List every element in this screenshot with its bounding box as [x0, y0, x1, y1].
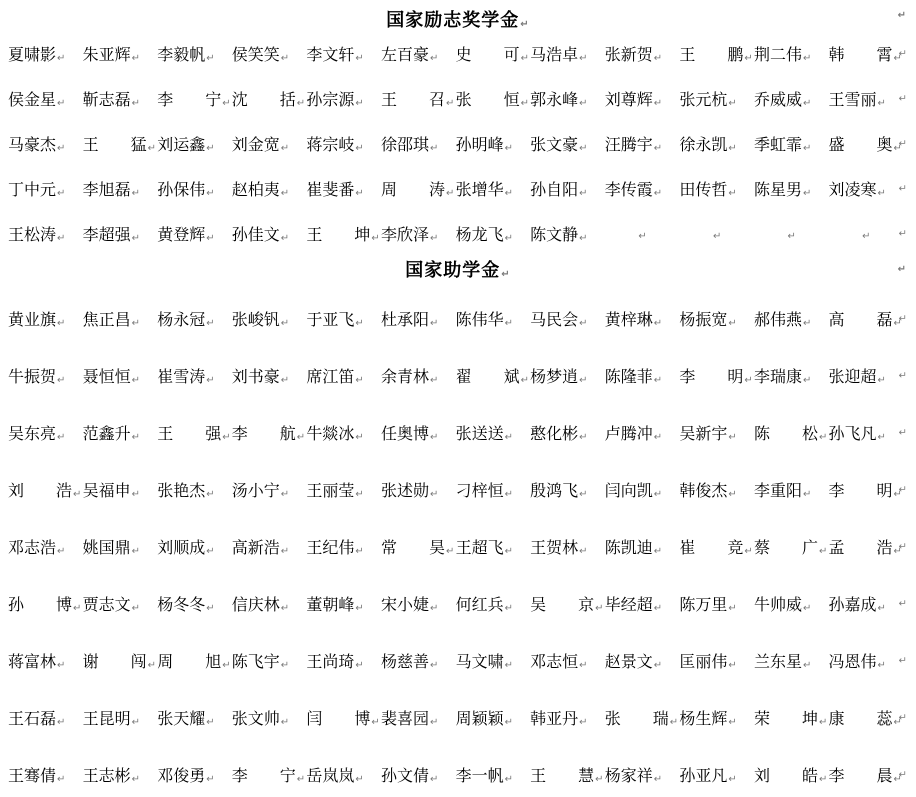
student-name-cell: 陈飞宇↵	[232, 649, 307, 672]
student-name-text: 刘尊辉	[605, 92, 653, 109]
paragraph-mark-icon: ↵	[281, 603, 289, 614]
paragraph-mark-icon: ↵	[728, 318, 736, 329]
paragraph-mark-icon: ↵	[803, 53, 811, 64]
paragraph-mark-icon: ↵	[281, 375, 289, 386]
paragraph-mark-icon: ↵	[355, 318, 363, 329]
student-name-cell: 侯笑笑↵	[232, 42, 307, 65]
paragraph-mark-icon: ↵	[57, 188, 65, 199]
row-end-mark-icon: ↵	[899, 183, 907, 194]
student-name-cell: 兰东星↵	[754, 649, 829, 672]
student-name-cell: 杨振宽↵	[679, 307, 754, 330]
paragraph-mark-icon: ↵	[57, 546, 65, 557]
student-name-cell: 侯金星↵	[8, 87, 83, 110]
paragraph-mark-icon: ↵	[132, 318, 140, 329]
student-name-text: 康 蕊	[829, 711, 893, 728]
student-name-cell: 马浩卓↵	[530, 42, 605, 65]
student-name-cell: 邓志浩↵	[8, 535, 83, 558]
student-name-text: 马民会	[530, 312, 578, 329]
student-name-cell: 何红兵↵	[456, 592, 531, 615]
name-row: 黄业旗↵焦正昌↵杨永冠↵张峻钒↵于亚飞↵杜承阳↵陈伟华↵马民会↵黄梓琳↵杨振宽↵…	[0, 290, 916, 347]
student-name-cell: 张 瑞↵	[605, 706, 680, 729]
student-name-text: 孙佳文	[232, 227, 280, 244]
paragraph-mark-icon: ↵	[297, 98, 305, 109]
paragraph-mark-icon: ↵	[206, 375, 214, 386]
paragraph-mark-icon: ↵	[505, 717, 513, 728]
student-name-text: 杨生辉	[679, 711, 727, 728]
student-name-cell: 李欣泽↵	[381, 222, 456, 245]
student-name-cell: 范鑫升↵	[83, 421, 158, 444]
student-name-cell: 刘 皓↵	[754, 763, 829, 786]
student-name-cell: 杨生辉↵	[679, 706, 754, 729]
paragraph-mark-icon: ↵	[297, 432, 305, 443]
student-name-cell: 裴喜园↵	[381, 706, 456, 729]
paragraph-mark-icon: ↵	[371, 717, 379, 728]
student-name-cell: 卢腾冲↵	[605, 421, 680, 444]
student-name-text: 常 昊	[381, 540, 445, 557]
student-name-text: 孙文倩	[381, 768, 429, 785]
student-name-cell: 陈隆菲↵	[605, 364, 680, 387]
student-name-text: 陈凯迪	[605, 540, 653, 557]
student-name-cell: 黄梓琳↵	[605, 307, 680, 330]
student-name-cell: 李瑞康↵	[754, 364, 829, 387]
student-name-cell: 李 宁↵	[232, 763, 307, 786]
student-name-cell: 刘运鑫↵	[157, 132, 232, 155]
paragraph-mark-icon: ↵	[638, 231, 646, 242]
paragraph-mark-icon: ↵	[744, 546, 752, 557]
paragraph-mark-icon: ↵	[430, 489, 438, 500]
student-name-cell: 陈 松↵	[754, 421, 829, 444]
paragraph-mark-icon: ↵	[654, 603, 662, 614]
student-name-text: 孙明峰	[456, 137, 504, 154]
student-name-cell: 盛 奥↵	[829, 132, 904, 155]
paragraph-mark-icon: ↵	[57, 774, 65, 785]
student-name-text: 季虹霏	[754, 137, 802, 154]
name-row: 夏啸影↵朱亚辉↵李毅帆↵侯笑笑↵李文轩↵左百豪↵史 可↵马浩卓↵张新贺↵王 鹏↵…	[0, 31, 916, 76]
student-name-text: 黄登辉	[157, 227, 205, 244]
paragraph-mark-icon: ↵	[355, 375, 363, 386]
student-name-cell: 季虹霏↵	[754, 132, 829, 155]
student-name-text: 刘书豪	[232, 369, 280, 386]
student-name-cell: 赵景文↵	[605, 649, 680, 672]
paragraph-mark-icon: ↵	[73, 603, 81, 614]
paragraph-mark-icon: ↵	[579, 717, 587, 728]
student-name-text: 周颖颖	[456, 711, 504, 728]
paragraph-mark-icon: ↵	[654, 375, 662, 386]
paragraph-mark-icon: ↵	[430, 318, 438, 329]
student-name-cell: 郝伟燕↵	[754, 307, 829, 330]
name-row: 牛振贺↵聂恒恒↵崔雪涛↵刘书豪↵席江笛↵余青林↵翟 斌↵杨梦逍↵陈隆菲↵李 明↵…	[0, 347, 916, 404]
student-name-text: 崔斐番	[306, 182, 354, 199]
paragraph-mark-icon: ↵	[579, 432, 587, 443]
paragraph-mark-icon: ↵	[654, 318, 662, 329]
student-name-text: 史 可	[456, 47, 520, 64]
student-name-cell: 崔斐番↵	[306, 177, 381, 200]
student-name-cell: 王超飞↵	[456, 535, 531, 558]
student-name-text: 闫 博	[306, 711, 370, 728]
student-name-text: 夏啸影	[8, 47, 56, 64]
student-name-cell: 韩亚丹↵	[530, 706, 605, 729]
student-name-text: 翟 斌	[456, 369, 520, 386]
student-name-cell: 孙文倩↵	[381, 763, 456, 786]
row-end-mark-icon: ↵	[899, 484, 907, 495]
student-name-text: 王松涛	[8, 227, 56, 244]
paragraph-mark-icon: ↵	[355, 53, 363, 64]
student-name-text: 蒋宗岐	[306, 137, 354, 154]
student-name-cell: 杨梦逍↵	[530, 364, 605, 387]
paragraph-mark-icon: ↵	[206, 603, 214, 614]
paragraph-mark-icon: ↵	[803, 143, 811, 154]
student-name-cell: 汪腾宇↵	[605, 132, 680, 155]
student-name-cell: 孙亚凡↵	[679, 763, 754, 786]
student-name-cell: 高新浩↵	[232, 535, 307, 558]
student-name-text: 田传哲	[679, 182, 727, 199]
paragraph-mark-icon: ↵	[57, 660, 65, 671]
student-name-text: 赵景文	[605, 654, 653, 671]
student-name-cell: 张新贺↵	[605, 42, 680, 65]
paragraph-mark-icon: ↵	[744, 375, 752, 386]
student-name-cell: 朱亚辉↵	[83, 42, 158, 65]
paragraph-mark-icon: ↵	[579, 660, 587, 671]
student-name-cell: 孙明峰↵	[456, 132, 531, 155]
student-name-text: 高新浩	[232, 540, 280, 557]
paragraph-mark-icon: ↵	[446, 546, 454, 557]
student-name-text: 李 明	[679, 369, 743, 386]
student-name-text: 李瑞康	[754, 369, 802, 386]
student-name-cell: 孙嘉成↵	[829, 592, 904, 615]
paragraph-mark-icon: ↵	[654, 774, 662, 785]
student-name-text: 王纪伟	[306, 540, 354, 557]
student-name-text: 孙飞凡	[829, 426, 877, 443]
student-name-text: 吴 京	[530, 597, 594, 614]
student-name-cell: 周颖颖↵	[456, 706, 531, 729]
row-end-mark-icon: ↵	[899, 541, 907, 552]
document-page: 国家励志奖学金↵ ↵ 夏啸影↵朱亚辉↵李毅帆↵侯笑笑↵李文轩↵左百豪↵史 可↵马…	[0, 0, 916, 797]
student-name-text: 侯笑笑	[232, 47, 280, 64]
paragraph-mark-icon: ↵	[505, 489, 513, 500]
student-name-text: 汪腾宇	[605, 137, 653, 154]
student-name-cell: 杨家祥↵	[605, 763, 680, 786]
paragraph-mark-icon: ↵	[132, 53, 140, 64]
student-name-text: 余青林	[381, 369, 429, 386]
student-name-text: 李重阳	[754, 483, 802, 500]
paragraph-mark-icon: ↵	[355, 660, 363, 671]
paragraph-mark-icon: ↵	[654, 53, 662, 64]
student-name-text: 王 慧	[530, 768, 594, 785]
student-name-cell: 董朝峰↵	[306, 592, 381, 615]
empty-cell: ↵	[829, 225, 904, 243]
student-name-text: 朱亚辉	[83, 47, 131, 64]
student-name-cell: 杨冬冬↵	[157, 592, 232, 615]
paragraph-mark-icon: ↵	[430, 603, 438, 614]
row-end-mark-icon: ↵	[899, 655, 907, 666]
row-end-mark-icon: ↵	[898, 5, 907, 27]
student-name-cell: 王尚琦↵	[306, 649, 381, 672]
student-name-cell: 孙 博↵	[8, 592, 83, 615]
paragraph-mark-icon: ↵	[579, 143, 587, 154]
student-name-cell: 常 昊↵	[381, 535, 456, 558]
paragraph-mark-icon: ↵	[579, 98, 587, 109]
paragraph-mark-icon: ↵	[728, 489, 736, 500]
student-name-text: 郭永峰	[530, 92, 578, 109]
paragraph-mark-icon: ↵	[505, 660, 513, 671]
row-end-mark-icon: ↵	[899, 769, 907, 780]
empty-cell: ↵	[754, 225, 829, 243]
student-name-text: 李 宁	[157, 92, 221, 109]
student-name-cell: 王 坤↵	[306, 222, 381, 245]
student-name-text: 李一帆	[456, 768, 504, 785]
student-name-cell: 李旭磊↵	[83, 177, 158, 200]
student-name-cell: 田传哲↵	[679, 177, 754, 200]
student-name-text: 周 涛	[381, 182, 445, 199]
empty-cell: ↵	[605, 225, 680, 243]
paragraph-mark-icon: ↵	[206, 233, 214, 244]
student-name-cell: 张元杭↵	[679, 87, 754, 110]
student-name-cell: 黄登辉↵	[157, 222, 232, 245]
paragraph-mark-icon: ↵	[148, 660, 156, 671]
student-name-text: 王雪丽	[829, 92, 877, 109]
paragraph-mark-icon: ↵	[430, 774, 438, 785]
student-name-text: 裴喜园	[381, 711, 429, 728]
paragraph-mark-icon: ↵	[281, 489, 289, 500]
student-name-text: 邓志浩	[8, 540, 56, 557]
student-name-text: 王 鹏	[679, 47, 743, 64]
paragraph-mark-icon: ↵	[505, 774, 513, 785]
paragraph-mark-icon: ↵	[132, 233, 140, 244]
student-name-text: 杨永冠	[157, 312, 205, 329]
name-row: 王松涛↵李超强↵黄登辉↵孙佳文↵王 坤↵李欣泽↵杨龙飞↵陈文静↵↵↵↵↵↵	[0, 211, 916, 256]
student-name-text: 吴东亮	[8, 426, 56, 443]
paragraph-mark-icon: ↵	[803, 660, 811, 671]
paragraph-mark-icon: ↵	[355, 774, 363, 785]
student-name-cell: 岳岚岚↵	[306, 763, 381, 786]
paragraph-mark-icon: ↵	[281, 53, 289, 64]
student-name-cell: 王丽莹↵	[306, 478, 381, 501]
paragraph-mark-icon: ↵	[132, 188, 140, 199]
student-name-text: 蒋富林	[8, 654, 56, 671]
student-name-text: 董朝峰	[306, 597, 354, 614]
paragraph-mark-icon: ↵	[132, 603, 140, 614]
student-name-cell: 聂恒恒↵	[83, 364, 158, 387]
student-name-cell: 殷鸿飞↵	[530, 478, 605, 501]
paragraph-mark-icon: ↵	[505, 143, 513, 154]
student-name-text: 黄梓琳	[605, 312, 653, 329]
student-name-cell: 李传霞↵	[605, 177, 680, 200]
student-name-cell: 吴福申↵	[83, 478, 158, 501]
student-name-text: 张 瑞	[605, 711, 669, 728]
name-row: 王石磊↵王昆明↵张天耀↵张文帅↵闫 博↵裴喜园↵周颖颖↵韩亚丹↵张 瑞↵杨生辉↵…	[0, 689, 916, 746]
paragraph-mark-icon: ↵	[521, 375, 529, 386]
student-name-text: 刘运鑫	[157, 137, 205, 154]
paragraph-mark-icon: ↵	[819, 774, 827, 785]
paragraph-mark-icon: ↵	[670, 717, 678, 728]
paragraph-mark-icon: ↵	[281, 318, 289, 329]
name-row: 丁中元↵李旭磊↵孙保伟↵赵柏夷↵崔斐番↵周 涛↵张增华↵孙自阳↵李传霞↵田传哲↵…	[0, 166, 916, 211]
student-name-cell: 刁梓恒↵	[456, 478, 531, 501]
student-name-text: 赵柏夷	[232, 182, 280, 199]
paragraph-mark-icon: ↵	[281, 188, 289, 199]
student-name-text: 盛 奥	[829, 137, 893, 154]
student-name-text: 闫向凯	[605, 483, 653, 500]
student-name-text: 崔雪涛	[157, 369, 205, 386]
student-name-cell: 王纪伟↵	[306, 535, 381, 558]
section-title-state-grant: 国家助学金↵ ↵	[0, 256, 916, 284]
row-end-mark-icon: ↵	[899, 138, 907, 149]
student-name-cell: 张送送↵	[456, 421, 531, 444]
paragraph-mark-icon: ↵	[281, 143, 289, 154]
student-name-text: 孙嘉成	[829, 597, 877, 614]
student-name-text: 于亚飞	[306, 312, 354, 329]
student-name-cell: 刘顺成↵	[157, 535, 232, 558]
student-name-text: 殷鸿飞	[530, 483, 578, 500]
paragraph-mark-icon: ↵	[819, 717, 827, 728]
paragraph-mark-icon: ↵	[430, 432, 438, 443]
student-name-text: 韩俊杰	[679, 483, 727, 500]
student-name-cell: 杜承阳↵	[381, 307, 456, 330]
student-name-text: 席江笛	[306, 369, 354, 386]
student-name-cell: 郭永峰↵	[530, 87, 605, 110]
student-name-text: 杨振宽	[679, 312, 727, 329]
student-name-text: 王骞倩	[8, 768, 56, 785]
student-name-text: 憨化彬	[530, 426, 578, 443]
paragraph-mark-icon: ↵	[521, 53, 529, 64]
student-name-cell: 焦正昌↵	[83, 307, 158, 330]
student-name-cell: 李超强↵	[83, 222, 158, 245]
paragraph-mark-icon: ↵	[132, 717, 140, 728]
student-name-cell: 宋小婕↵	[381, 592, 456, 615]
student-name-cell: 谢 闯↵	[83, 649, 158, 672]
student-name-cell: 翟 斌↵	[456, 364, 531, 387]
student-name-text: 刘顺成	[157, 540, 205, 557]
paragraph-mark-icon: ↵	[57, 432, 65, 443]
student-name-text: 马豪杰	[8, 137, 56, 154]
student-name-cell: 刘凌寒↵	[829, 177, 904, 200]
name-row: 马豪杰↵王 猛↵刘运鑫↵刘金宽↵蒋宗岐↵徐邵琪↵孙明峰↵张文豪↵汪腾宇↵徐永凯↵…	[0, 121, 916, 166]
paragraph-mark-icon: ↵	[430, 233, 438, 244]
student-name-cell: 席江笛↵	[306, 364, 381, 387]
paragraph-mark-icon: ↵	[728, 603, 736, 614]
student-name-text: 徐邵琪	[381, 137, 429, 154]
student-name-text: 陈隆菲	[605, 369, 653, 386]
student-name-text: 孟 浩	[829, 540, 893, 557]
student-name-cell: 余青林↵	[381, 364, 456, 387]
student-name-cell: 王雪丽↵	[829, 87, 904, 110]
student-name-cell: 马文啸↵	[456, 649, 531, 672]
student-name-cell: 闫 博↵	[306, 706, 381, 729]
student-name-text: 张迎超	[829, 369, 877, 386]
paragraph-mark-icon: ↵	[728, 188, 736, 199]
row-end-mark-icon: ↵	[899, 370, 907, 381]
student-name-cell: 孙宗源↵	[306, 87, 381, 110]
student-name-cell: 崔雪涛↵	[157, 364, 232, 387]
paragraph-mark-icon: ↵	[579, 53, 587, 64]
student-name-text: 王超飞	[456, 540, 504, 557]
student-name-cell: 蒋宗岐↵	[306, 132, 381, 155]
row-end-mark-icon: ↵	[899, 313, 907, 324]
student-name-text: 刘凌寒	[829, 182, 877, 199]
paragraph-mark-icon: ↵	[654, 489, 662, 500]
student-name-text: 韩 霄	[829, 47, 893, 64]
paragraph-mark-icon: ↵	[430, 53, 438, 64]
student-name-cell: 牛帅威↵	[754, 592, 829, 615]
student-name-text: 毕经超	[605, 597, 653, 614]
student-name-cell: 王 鹏↵	[679, 42, 754, 65]
student-name-text: 李 宁	[232, 768, 296, 785]
paragraph-mark-icon: ↵	[132, 375, 140, 386]
paragraph-mark-icon: ↵	[579, 489, 587, 500]
paragraph-mark-icon: ↵	[206, 717, 214, 728]
student-name-cell: 张文豪↵	[530, 132, 605, 155]
student-name-cell: 汤小宁↵	[232, 478, 307, 501]
row-end-mark-icon: ↵	[899, 48, 907, 59]
student-name-cell: 马豪杰↵	[8, 132, 83, 155]
student-name-cell: 陈凯迪↵	[605, 535, 680, 558]
student-name-cell: 张迎超↵	[829, 364, 904, 387]
paragraph-mark-icon: ↵	[505, 188, 513, 199]
paragraph-mark-icon: ↵	[728, 432, 736, 443]
student-name-text: 周 旭	[157, 654, 221, 671]
student-name-text: 陈飞宇	[232, 654, 280, 671]
student-name-cell: 黄业旗↵	[8, 307, 83, 330]
student-name-cell: 姚国鼎↵	[83, 535, 158, 558]
student-name-text: 左百豪	[381, 47, 429, 64]
student-name-cell: 李 宁↵	[157, 87, 232, 110]
student-name-text: 匡丽伟	[679, 654, 727, 671]
paragraph-mark-icon: ↵	[878, 660, 886, 671]
paragraph-mark-icon: ↵	[520, 19, 529, 30]
paragraph-mark-icon: ↵	[728, 774, 736, 785]
empty-cell: ↵	[679, 225, 754, 243]
paragraph-mark-icon: ↵	[148, 143, 156, 154]
student-name-text: 孙宗源	[306, 92, 354, 109]
paragraph-mark-icon: ↵	[206, 188, 214, 199]
student-name-cell: 吴新宇↵	[679, 421, 754, 444]
paragraph-mark-icon: ↵	[803, 375, 811, 386]
student-name-text: 吴新宇	[679, 426, 727, 443]
student-name-text: 李 晨	[829, 768, 893, 785]
student-name-cell: 孙保伟↵	[157, 177, 232, 200]
student-name-cell: 李 明↵	[679, 364, 754, 387]
student-name-text: 聂恒恒	[83, 369, 131, 386]
student-name-text: 王尚琦	[306, 654, 354, 671]
student-name-text: 任奥博	[381, 426, 429, 443]
paragraph-mark-icon: ↵	[788, 231, 796, 242]
paragraph-mark-icon: ↵	[803, 318, 811, 329]
paragraph-mark-icon: ↵	[878, 603, 886, 614]
paragraph-mark-icon: ↵	[505, 318, 513, 329]
paragraph-mark-icon: ↵	[297, 774, 305, 785]
student-name-text: 范鑫升	[83, 426, 131, 443]
student-name-cell: 刘书豪↵	[232, 364, 307, 387]
student-name-text: 刘 浩	[8, 483, 72, 500]
student-name-text: 刘 皓	[754, 768, 818, 785]
student-name-text: 王石磊	[8, 711, 56, 728]
paragraph-mark-icon: ↵	[878, 98, 886, 109]
row-end-mark-icon: ↵	[899, 598, 907, 609]
student-name-cell: 吴东亮↵	[8, 421, 83, 444]
student-name-cell: 匡丽伟↵	[679, 649, 754, 672]
paragraph-mark-icon: ↵	[579, 188, 587, 199]
paragraph-mark-icon: ↵	[862, 231, 870, 242]
section-title-text: 国家励志奖学金	[386, 10, 519, 30]
student-name-text: 邓志恒	[530, 654, 578, 671]
paragraph-mark-icon: ↵	[281, 233, 289, 244]
paragraph-mark-icon: ↵	[744, 53, 752, 64]
student-name-text: 王 强	[157, 426, 221, 443]
student-name-cell: 夏啸影↵	[8, 42, 83, 65]
student-name-cell: 沈 括↵	[232, 87, 307, 110]
student-name-text: 牛帅威	[754, 597, 802, 614]
paragraph-mark-icon: ↵	[728, 660, 736, 671]
